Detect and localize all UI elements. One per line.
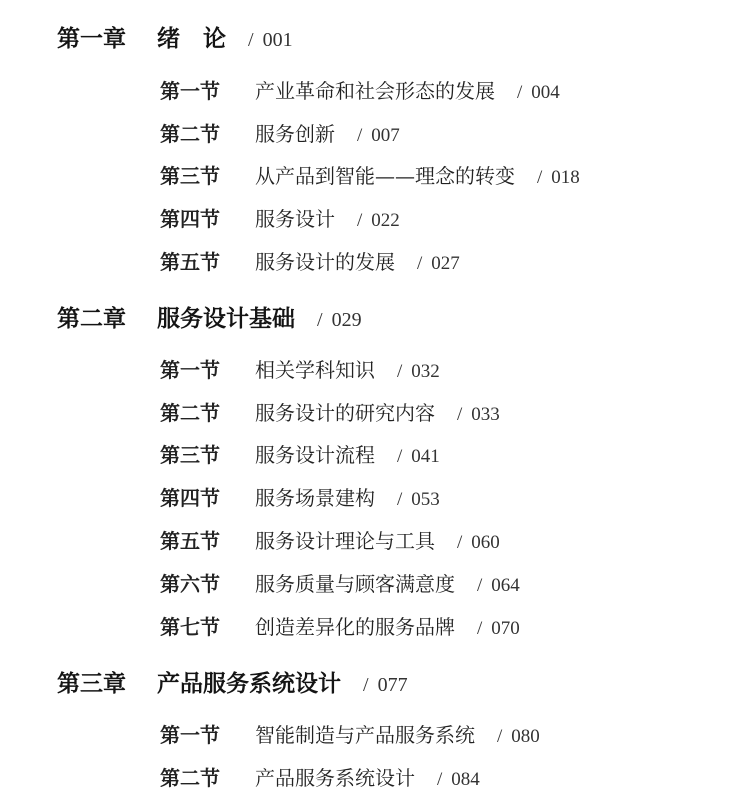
section-number: 第二节	[160, 762, 255, 791]
section-title: 产品服务系统设计	[255, 762, 415, 791]
toc-entry-2-6[interactable]: 第六节 服务质量与顾客满意度 /064	[160, 568, 520, 597]
page-ref: /064	[477, 575, 520, 597]
page-ref: /060	[457, 532, 500, 554]
toc-entry-2-1[interactable]: 第一节 相关学科知识 /032	[160, 354, 440, 383]
page-ref: /022	[357, 210, 400, 232]
toc-entry-2-5[interactable]: 第五节 服务设计理论与工具 /060	[160, 525, 500, 554]
toc-entry-2-4[interactable]: 第四节 服务场景建构 /053	[160, 482, 440, 511]
section-number: 第一节	[160, 719, 255, 748]
page-ref: /001	[248, 29, 293, 52]
section-title: 相关学科知识	[255, 354, 375, 383]
section-number: 第六节	[160, 568, 255, 597]
section-title: 产业革命和社会形态的发展	[255, 75, 495, 104]
page-ref: /084	[437, 769, 480, 791]
toc-entry-1-5[interactable]: 第五节 服务设计的发展 /027	[160, 246, 460, 275]
toc-entry-2-2[interactable]: 第二节 服务设计的研究内容 /033	[160, 397, 500, 426]
chapter-title: 绪 论	[157, 20, 226, 53]
toc-entry-2-7[interactable]: 第七节 创造差异化的服务品牌 /070	[160, 611, 520, 640]
page-ref: /033	[457, 404, 500, 426]
toc-entry-1-4[interactable]: 第四节 服务设计 /022	[160, 203, 400, 232]
section-title: 服务设计的发展	[255, 246, 395, 275]
section-number: 第五节	[160, 246, 255, 275]
toc-entry-1-2[interactable]: 第二节 服务创新 /007	[160, 118, 400, 147]
page-ref: /027	[417, 253, 460, 275]
page-ref: /018	[537, 167, 580, 189]
section-title: 服务设计	[255, 203, 335, 232]
section-title: 服务设计流程	[255, 439, 375, 468]
chapter-title: 服务设计基础	[157, 300, 295, 333]
toc-entry-3-1[interactable]: 第一节 智能制造与产品服务系统 /080	[160, 719, 540, 748]
section-number: 第一节	[160, 354, 255, 383]
chapter-2-heading[interactable]: 第二章 服务设计基础 /029	[57, 300, 362, 333]
section-number: 第三节	[160, 160, 255, 189]
page-ref: /029	[317, 309, 362, 332]
chapter-number: 第三章	[57, 665, 157, 698]
toc-entry-1-1[interactable]: 第一节 产业革命和社会形态的发展 /004	[160, 75, 560, 104]
toc-entry-2-3[interactable]: 第三节 服务设计流程 /041	[160, 439, 440, 468]
section-title: 服务设计的研究内容	[255, 397, 435, 426]
page-ref: /070	[477, 618, 520, 640]
section-number: 第一节	[160, 75, 255, 104]
section-number: 第四节	[160, 482, 255, 511]
page-ref: /077	[363, 674, 408, 697]
section-title: 服务创新	[255, 118, 335, 147]
page-ref: /053	[397, 489, 440, 511]
chapter-number: 第二章	[57, 300, 157, 333]
page-ref: /004	[517, 82, 560, 104]
page-ref: /080	[497, 726, 540, 748]
section-number: 第二节	[160, 397, 255, 426]
section-title: 从产品到智能——理念的转变	[255, 160, 515, 189]
section-title: 智能制造与产品服务系统	[255, 719, 475, 748]
chapter-number: 第一章	[57, 20, 157, 53]
toc-entry-1-3[interactable]: 第三节 从产品到智能——理念的转变 /018	[160, 160, 580, 189]
section-number: 第四节	[160, 203, 255, 232]
chapter-title: 产品服务系统设计	[157, 665, 341, 698]
toc-entry-3-2[interactable]: 第二节 产品服务系统设计 /084	[160, 762, 480, 791]
section-number: 第五节	[160, 525, 255, 554]
section-title: 创造差异化的服务品牌	[255, 611, 455, 640]
page-ref: /032	[397, 361, 440, 383]
chapter-3-heading[interactable]: 第三章 产品服务系统设计 /077	[57, 665, 408, 698]
page-ref: /041	[397, 446, 440, 468]
page-ref: /007	[357, 125, 400, 147]
chapter-1-heading[interactable]: 第一章 绪 论 /001	[57, 20, 293, 53]
section-title: 服务场景建构	[255, 482, 375, 511]
section-number: 第三节	[160, 439, 255, 468]
section-title: 服务设计理论与工具	[255, 525, 435, 554]
section-number: 第七节	[160, 611, 255, 640]
section-title: 服务质量与顾客满意度	[255, 568, 455, 597]
section-number: 第二节	[160, 118, 255, 147]
